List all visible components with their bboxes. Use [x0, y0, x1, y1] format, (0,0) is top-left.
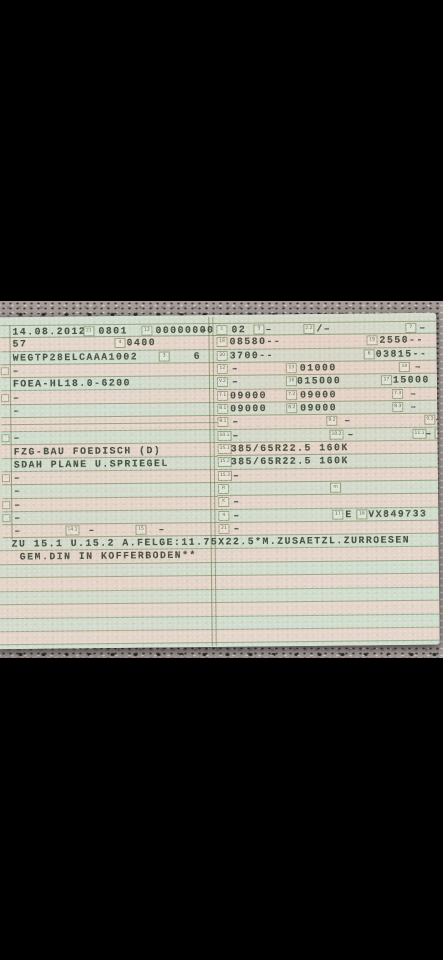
field-value: 385/65R22.5 160K	[231, 442, 349, 454]
left-field-column: 14.08.20122108011200000000–5740400WEGTP2…	[0, 323, 218, 539]
field-value: –	[233, 510, 241, 521]
registration-card: 14.08.20122108011200000000–5740400WEGTP2…	[0, 313, 440, 650]
field-number-box: 10.2	[329, 429, 343, 439]
remark-text: GEM.DIN IN KOFFERBODEN**	[20, 550, 197, 563]
field-number-box: 1	[216, 325, 227, 335]
field-value: 6	[194, 350, 202, 361]
field-number-box: 19	[366, 336, 377, 346]
field-number-box: R	[218, 484, 229, 494]
field-value: –	[233, 497, 241, 508]
field-value: –	[410, 388, 418, 399]
field-number-box: 9.2	[326, 416, 337, 426]
field-value: 01000	[300, 362, 337, 373]
field-value: –	[13, 433, 21, 444]
field-number-box: 7.3	[392, 389, 403, 399]
field-number-box: V.2	[217, 377, 228, 387]
edge-label-box	[1, 434, 9, 442]
field-value: –	[347, 429, 355, 440]
field-number-box: 3	[253, 324, 264, 334]
edge-label-box	[2, 474, 10, 482]
blank-ruled-lines	[0, 561, 440, 646]
field-number-box: 9.3	[424, 415, 435, 425]
field-value: 57	[13, 339, 28, 350]
field-value: E	[345, 509, 353, 520]
field-number-box: 21	[218, 524, 229, 534]
field-value: –	[233, 523, 241, 534]
field-number-box: 14	[399, 362, 410, 372]
right-field-column: 1023–2.2/–7–1808580--192550--203700--603…	[215, 321, 438, 537]
field-number-box: 8.3	[392, 402, 403, 412]
field-value: –	[200, 324, 208, 335]
field-value: –	[232, 417, 240, 428]
field-number-box: 13	[286, 363, 297, 373]
field-number-box: 4	[115, 338, 126, 348]
field-value: –	[14, 486, 22, 497]
field-value: –	[419, 322, 427, 333]
field-number-box: 15.1	[218, 444, 232, 454]
field-value: –	[233, 470, 241, 481]
field-value: –	[13, 392, 21, 403]
field-value: –	[232, 430, 240, 441]
field-value: 0801	[98, 325, 128, 336]
field-value: –	[13, 405, 21, 416]
field-value: –	[14, 513, 22, 524]
field-value: FOEA-HL18.0-6200	[13, 378, 131, 390]
field-value: –	[14, 526, 22, 537]
field-value: 15000	[393, 375, 430, 386]
field-number-box: 6	[364, 349, 375, 359]
field-value: 015000	[297, 376, 341, 387]
edge-label-box	[1, 394, 9, 402]
field-number-box: 9.1	[217, 417, 228, 427]
field-number-box: 8.2	[286, 403, 297, 413]
field-number-box: 17	[332, 509, 343, 519]
field-value: 09000	[230, 403, 267, 414]
field-value: –	[415, 361, 423, 372]
field-value: 02	[231, 324, 246, 335]
field-number-box: 12	[141, 326, 152, 336]
field-number-box: 17	[381, 375, 392, 385]
edge-label-box	[2, 501, 10, 509]
field-value: –	[14, 499, 22, 510]
field-number-box: 12	[217, 364, 228, 374]
field-value: /–	[316, 323, 331, 334]
field-number-box: 14.1	[65, 526, 79, 536]
field-value: 08580--	[229, 336, 281, 348]
field-value: WEGTP28ELCAAA1002	[13, 351, 139, 363]
field-value: –	[13, 366, 21, 377]
edge-label-box	[2, 514, 10, 522]
field-number-box: 2.2	[303, 324, 314, 334]
field-number-box: 15.2	[218, 457, 232, 467]
field-value: –	[344, 416, 352, 427]
field-number-box: 18	[216, 337, 227, 347]
field-number-box: m	[330, 483, 341, 493]
field-number-box: 7.1	[217, 390, 228, 400]
field-number-box: 11.1	[412, 428, 426, 438]
field-value: –	[265, 324, 273, 335]
field-value: –	[232, 377, 240, 388]
field-value: 09000	[230, 390, 267, 401]
field-value: 2550--	[379, 335, 423, 346]
field-value: –	[410, 401, 418, 412]
remarks-section: ZU 15.1 U.15.2 A.FELGE:11.75X22.5*M.ZUSA…	[0, 534, 439, 565]
field-number-box: 7.2	[286, 390, 297, 400]
field-value: –	[88, 525, 96, 536]
field-value: FZG-BAU FOEDISCH (D)	[14, 445, 162, 458]
field-value: –	[425, 428, 433, 439]
field-value: –	[14, 473, 22, 484]
field-value: SDAH PLANE U.SPRIEGEL	[14, 458, 169, 471]
field-number-box: 3	[159, 351, 170, 361]
field-value: 3700--	[230, 350, 274, 361]
field-number-box: 15	[135, 525, 146, 535]
field-value: 09000	[300, 402, 337, 413]
field-number-box: 8.1	[217, 404, 228, 414]
field-value: –	[158, 524, 166, 535]
field-value: –	[232, 363, 240, 374]
field-value: 385/65R22.5 160K	[231, 456, 349, 468]
field-value: 0400	[126, 338, 156, 349]
field-number-box: 4	[218, 510, 229, 520]
field-value: 03815--	[376, 348, 428, 360]
field-number-box: 7	[405, 323, 416, 333]
photo-stage: 14.08.20122108011200000000–5740400WEGTP2…	[0, 0, 443, 960]
field-number-box: K	[218, 497, 229, 507]
field-number-box: 15.3	[218, 470, 232, 480]
field-value: 14.08.2012	[12, 325, 86, 337]
edge-label-box	[1, 367, 9, 375]
field-number-box: 21	[83, 326, 94, 336]
field-number-box: 16	[286, 376, 297, 386]
field-number-box: 18	[356, 509, 367, 519]
field-number-box: 10.1	[217, 430, 231, 440]
field-value: VX849733	[368, 508, 427, 520]
field-value: 09000	[300, 389, 337, 400]
field-number-box: 20	[217, 351, 228, 361]
